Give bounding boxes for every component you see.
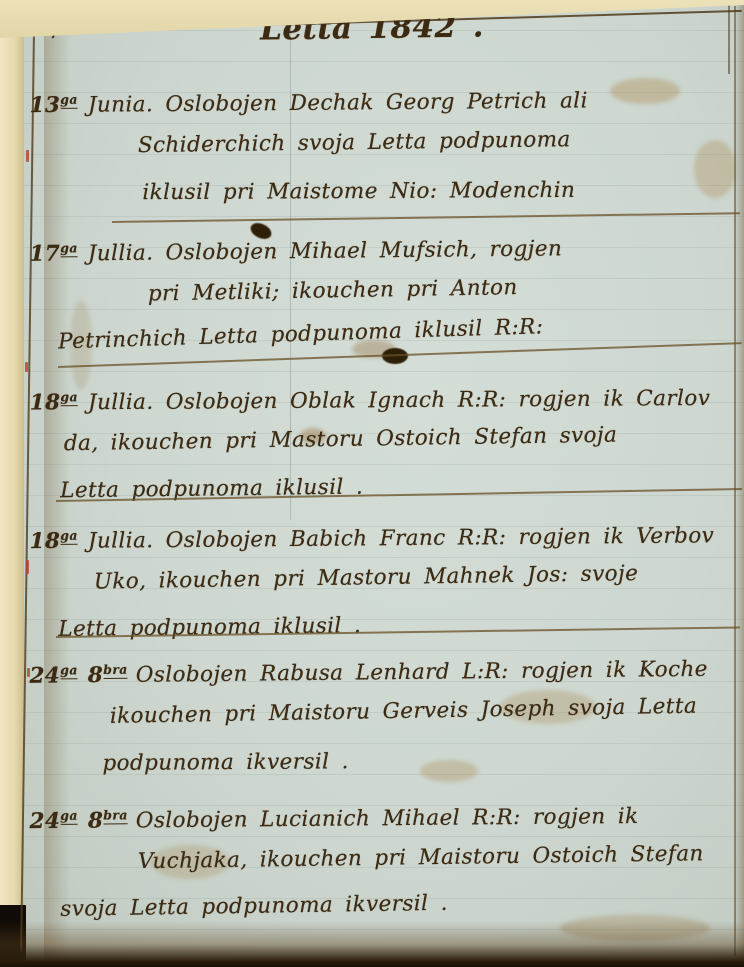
manuscript-scan: 76 Letta 1842 . 13gaJunia. Oslobojen Dec… <box>0 0 744 967</box>
entry-date: 17ga <box>29 241 78 267</box>
entry-date: 24ga <box>29 663 78 689</box>
red-margin-mark <box>25 362 28 372</box>
entry-date: 18ga <box>30 390 79 415</box>
red-margin-mark <box>26 150 29 162</box>
entry-date: 18ga <box>29 529 78 554</box>
entry-month: 8bra <box>88 808 128 833</box>
register-entry: 13gaJunia. Oslobojen Dechak Georg Petric… <box>29 79 744 226</box>
entry-line: da, ikouchen pri Mastoru Ostoich Stefan … <box>64 419 744 477</box>
red-margin-mark <box>26 560 29 574</box>
register-entry: 17gaJullia. Oslobojen Mihael Mufsich, ro… <box>29 226 744 374</box>
entry-line: podpunoma ikversil . <box>102 745 744 796</box>
entry-line: Uko, ikouchen pri Mastoru Mahnek Jos: sv… <box>94 557 744 614</box>
entry-date: 24ga <box>29 809 78 834</box>
entry-line: Schiderchich svoja Letta podpunoma <box>138 123 744 178</box>
register-entry: 18gaJullia. Oslobojen Oblak Ignach R:R: … <box>30 378 744 524</box>
entry-date: 13ga <box>29 93 78 118</box>
register-entry: 18gaJullia. Oslobojen Babich Franc R:R: … <box>29 515 744 662</box>
entry-month: 8bra <box>88 663 128 688</box>
register-entry: 24ga8braOslobojen Rabusa Lenhard L:R: ro… <box>29 648 744 796</box>
entry-line: svoja Letta podpunoma ikversil . <box>60 884 744 942</box>
entry-line: ikouchen pri Maistoru Gerveis Joseph svo… <box>110 691 744 749</box>
register-entry: 24ga8braOslobojen Lucianich Mihael R:R: … <box>29 795 744 942</box>
book-binding-edge <box>0 0 24 910</box>
